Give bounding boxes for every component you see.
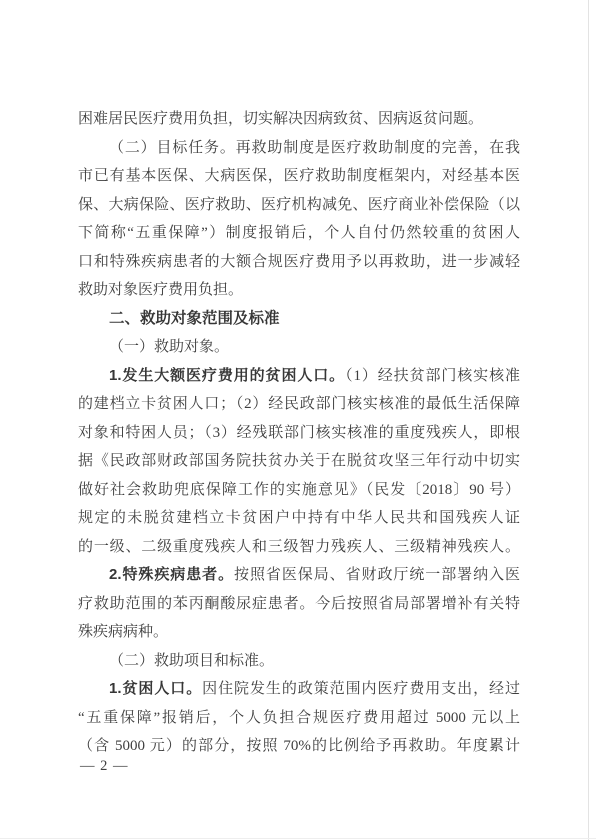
line-text: （含 5000 元）的部分，按照 70%的比例给予再救助。年度累计 [78, 738, 520, 754]
text-line: （含 5000 元）的部分，按照 70%的比例给予再救助。年度累计 [78, 732, 520, 761]
line-text: 做好社会救助兜底保障工作的实施意见》（民发〔2018〕90 号） [78, 482, 520, 498]
document-page: 困难居民医疗费用负担，切实解决因病致贫、因病返贫问题。（二）目标任务。再救助制度… [0, 0, 596, 840]
text-line: （二）救助项目和标准。 [78, 647, 520, 676]
scan-edge-bottom [0, 838, 596, 839]
line-text: 保、大病保险、医疗救助、医疗机构减免、医疗商业补偿保险（以 [78, 197, 520, 213]
bold-lead: 1.贫困人口。 [109, 680, 202, 697]
line-text: 下简称“五重保障”）制度报销后，个人自付仍然较重的贫困人 [78, 225, 520, 241]
text-line: 规定的未脱贫建档立卡贫困户中持有中华人民共和国残疾人证 [78, 504, 520, 533]
section-heading: 二、救助对象范围及标准 [78, 305, 520, 334]
text-line: 疗救助范围的苯丙酮酸尿症患者。今后按照省局部署增补有关特 [78, 590, 520, 619]
line-text: 救助对象医疗费用负担。 [78, 282, 243, 298]
line-text: 据《民政部财政部国务院扶贫办关于在脱贫攻坚三年行动中切实 [78, 453, 520, 469]
line-text: 疗救助范围的苯丙酮酸尿症患者。今后按照省局部署增补有关特 [78, 596, 520, 612]
text-line: 做好社会救助兜底保障工作的实施意见》（民发〔2018〕90 号） [78, 476, 520, 505]
text-line: 困难居民医疗费用负担，切实解决因病致贫、因病返贫问题。 [78, 105, 520, 134]
line-text: 对象和特困人员；（3）经残联部门核实核准的重度残疾人，即根 [78, 425, 520, 441]
line-text: （1）经扶贫部门核实核准 [345, 368, 520, 384]
text-line: 保、大病保险、医疗救助、医疗机构减免、医疗商业补偿保险（以 [78, 191, 520, 220]
text-line: 的建档立卡贫困人口；（2）经民政部门核实核准的最低生活保障 [78, 390, 520, 419]
page-number: — 2 — [80, 756, 129, 776]
text-line: （二）目标任务。再救助制度是医疗救助制度的完善，在我 [78, 134, 520, 163]
line-text: 困难居民医疗费用负担，切实解决因病致贫、因病返贫问题。 [78, 111, 483, 127]
text-line: 2.特殊疾病患者。按照省医保局、省财政厅统一部署纳入医 [78, 561, 520, 590]
document-body: 困难居民医疗费用负担，切实解决因病致贫、因病返贫问题。（二）目标任务。再救助制度… [78, 105, 520, 761]
line-text: 殊疾病病种。 [78, 624, 168, 640]
line-text: （二）目标任务。再救助制度是医疗救助制度的完善，在我 [109, 140, 520, 156]
line-text: （二）救助项目和标准。 [109, 653, 274, 669]
line-text: 的一级、二级重度残疾人和三级智力残疾人、三级精神残疾人。 [78, 539, 520, 555]
text-line: 下简称“五重保障”）制度报销后，个人自付仍然较重的贫困人 [78, 219, 520, 248]
line-text: 规定的未脱贫建档立卡贫困户中持有中华人民共和国残疾人证 [78, 510, 520, 526]
text-line: 据《民政部财政部国务院扶贫办关于在脱贫攻坚三年行动中切实 [78, 447, 520, 476]
line-text: 市已有基本医保、大病医保，医疗救助制度框架内，对经基本医 [78, 168, 520, 184]
text-line: 殊疾病病种。 [78, 618, 520, 647]
text-line: 对象和特困人员；（3）经残联部门核实核准的重度残疾人，即根 [78, 419, 520, 448]
line-text: “五重保障”报销后，个人负担合规医疗费用超过 5000 元以上 [78, 710, 520, 726]
bold-lead: 1.发生大额医疗费用的贫困人口。 [109, 367, 345, 384]
text-line: （一）救助对象。 [78, 333, 520, 362]
text-line: 1.发生大额医疗费用的贫困人口。（1）经扶贫部门核实核准 [78, 362, 520, 391]
scan-edge-right [588, 0, 589, 840]
line-text: 因住院发生的政策范围内医疗费用支出，经过 [202, 681, 520, 697]
bold-lead: 二、救助对象范围及标准 [109, 310, 280, 327]
text-line: 市已有基本医保、大病医保，医疗救助制度框架内，对经基本医 [78, 162, 520, 191]
line-text: 按照省医保局、省财政厅统一部署纳入医 [234, 567, 520, 583]
line-text: 的建档立卡贫困人口；（2）经民政部门核实核准的最低生活保障 [78, 396, 520, 412]
line-text: （一）救助对象。 [109, 339, 229, 355]
text-line: “五重保障”报销后，个人负担合规医疗费用超过 5000 元以上 [78, 704, 520, 733]
text-line: 1.贫困人口。因住院发生的政策范围内医疗费用支出，经过 [78, 675, 520, 704]
bold-lead: 2.特殊疾病患者。 [109, 566, 234, 583]
text-line: 的一级、二级重度残疾人和三级智力残疾人、三级精神残疾人。 [78, 533, 520, 562]
text-line: 口和特殊疾病患者的大额合规医疗费用予以再救助，进一步减轻 [78, 248, 520, 277]
line-text: 口和特殊疾病患者的大额合规医疗费用予以再救助，进一步减轻 [78, 254, 520, 270]
text-line: 救助对象医疗费用负担。 [78, 276, 520, 305]
